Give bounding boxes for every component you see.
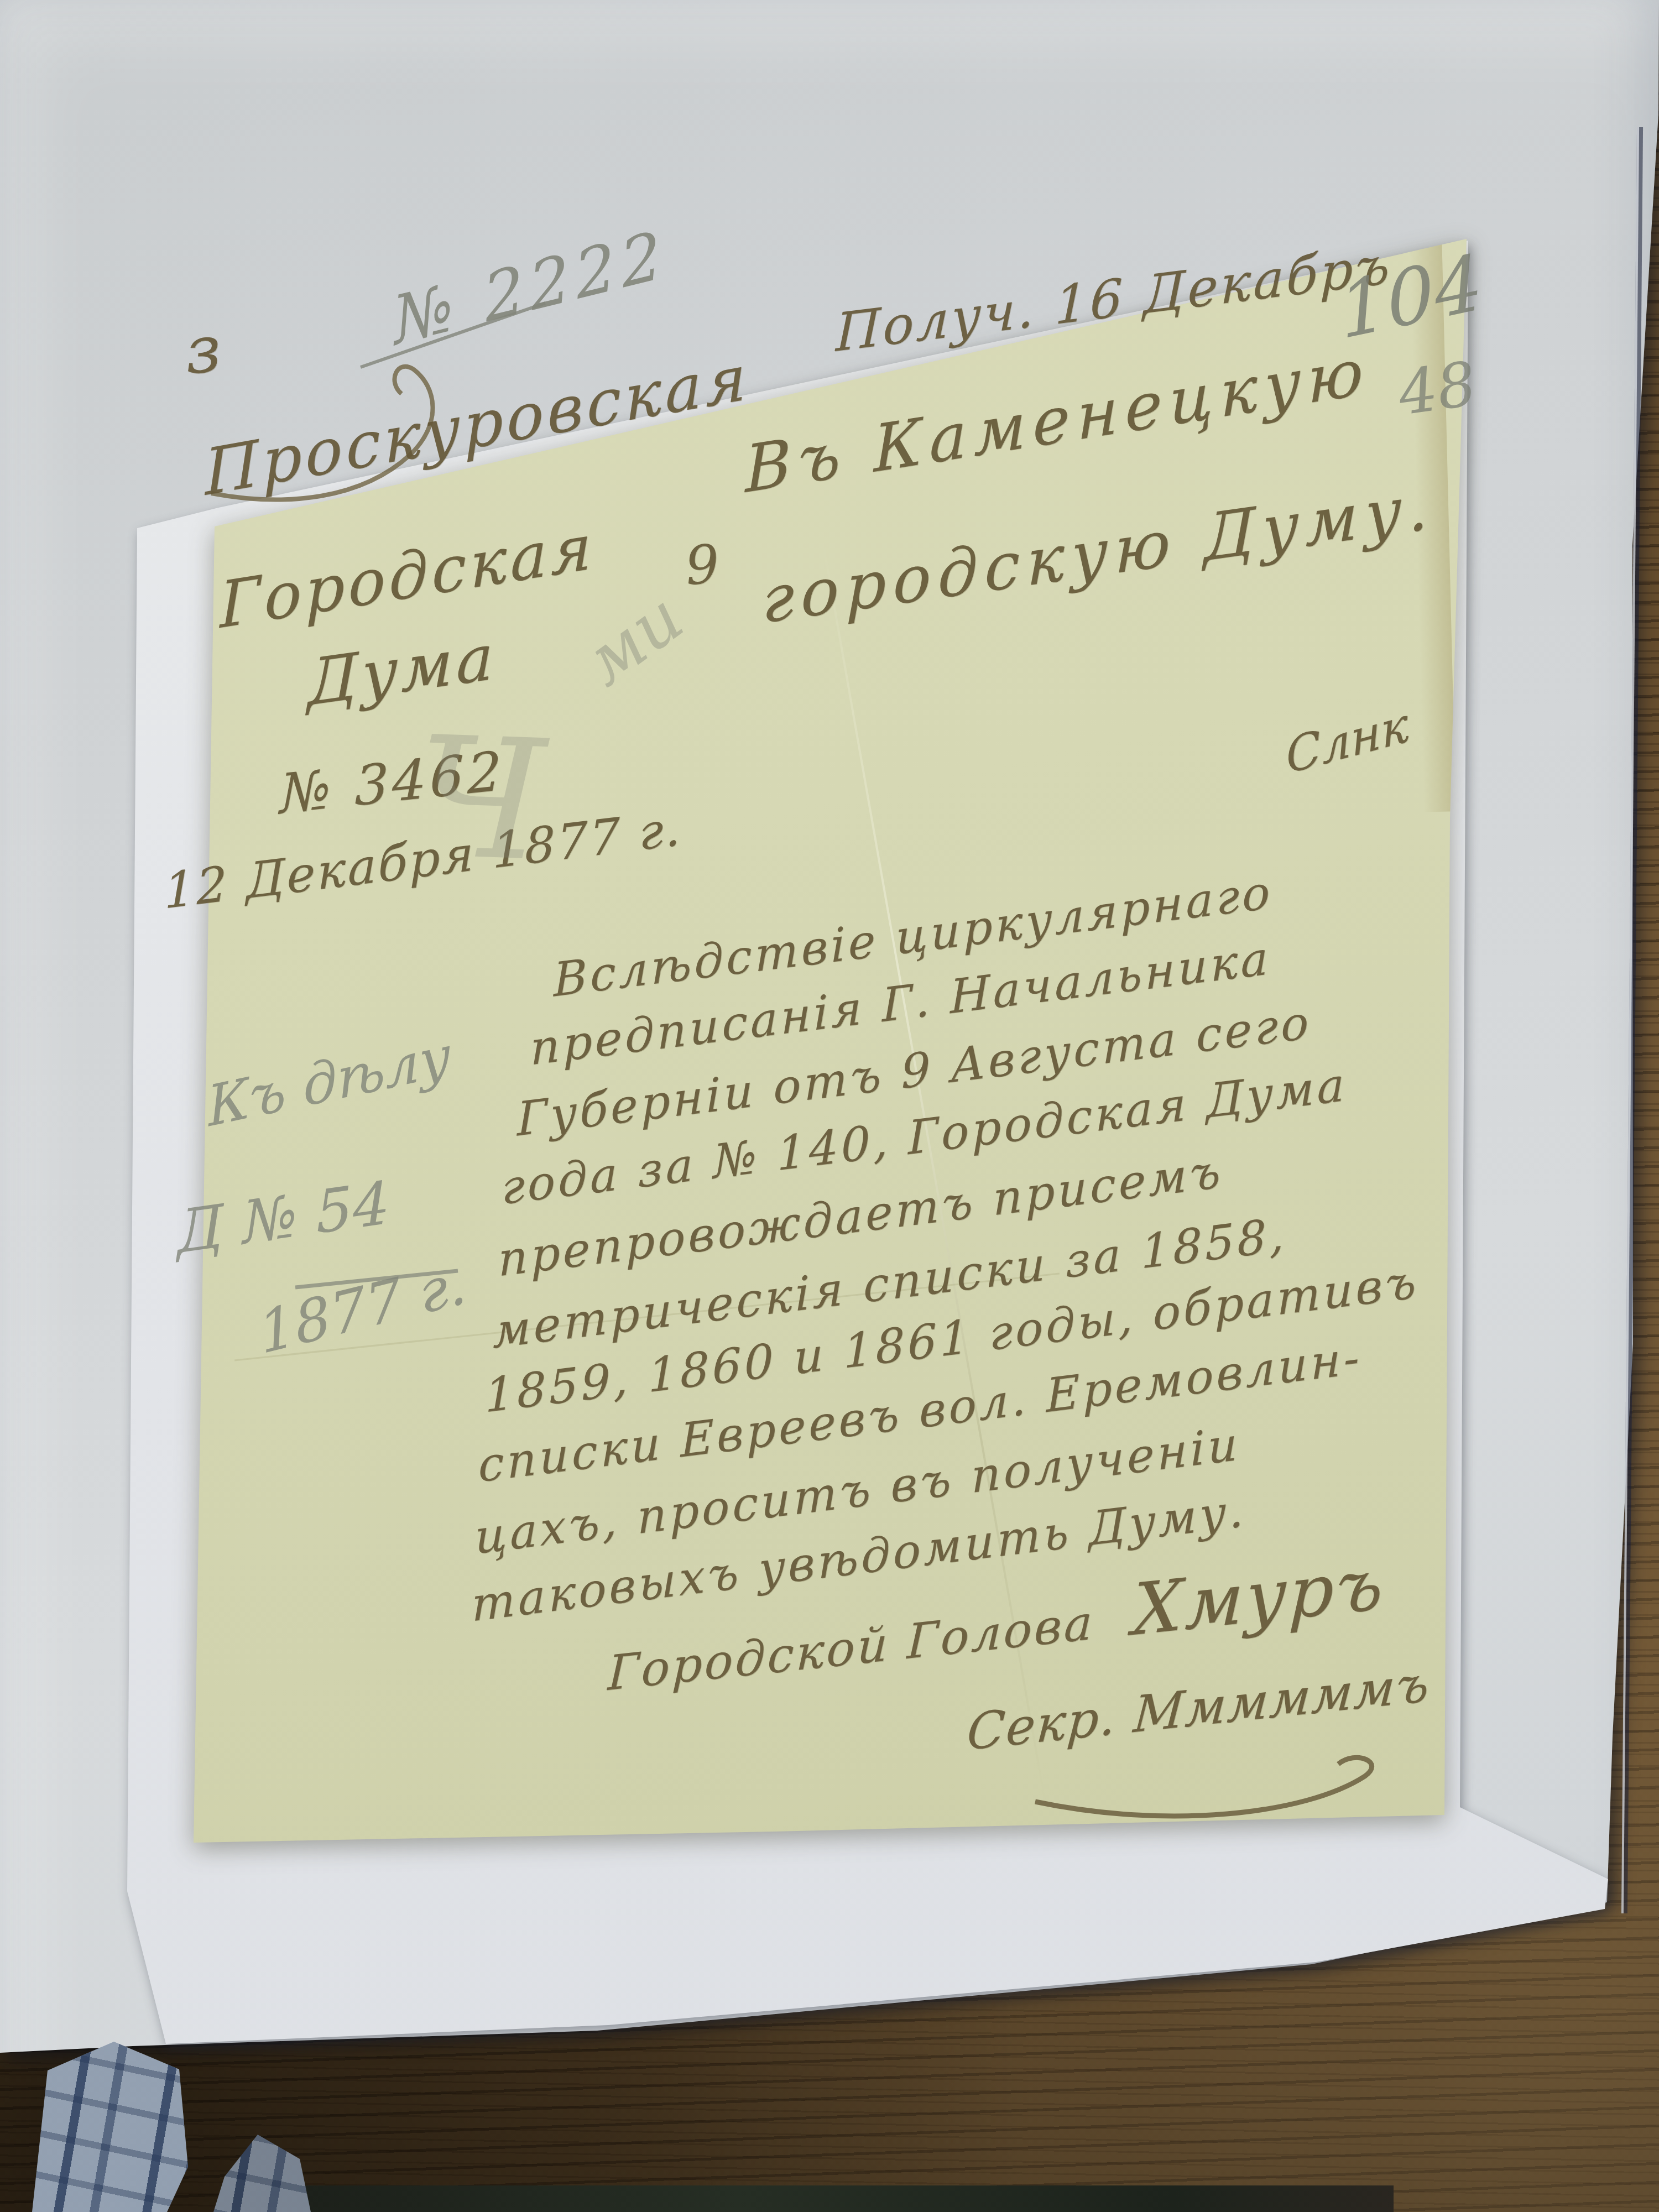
ink-page-number: з: [184, 316, 222, 383]
interline-digit: 9: [684, 538, 721, 593]
table-shadow-strip: [299, 2185, 1394, 2212]
photo-of-archival-letter: з № 2222 Получ. 16 Декабръ 104 48 Проску…: [0, 0, 1659, 2212]
pencil-folio-48: 48: [1395, 353, 1480, 424]
pencil-mark-large: Ч: [414, 714, 547, 885]
